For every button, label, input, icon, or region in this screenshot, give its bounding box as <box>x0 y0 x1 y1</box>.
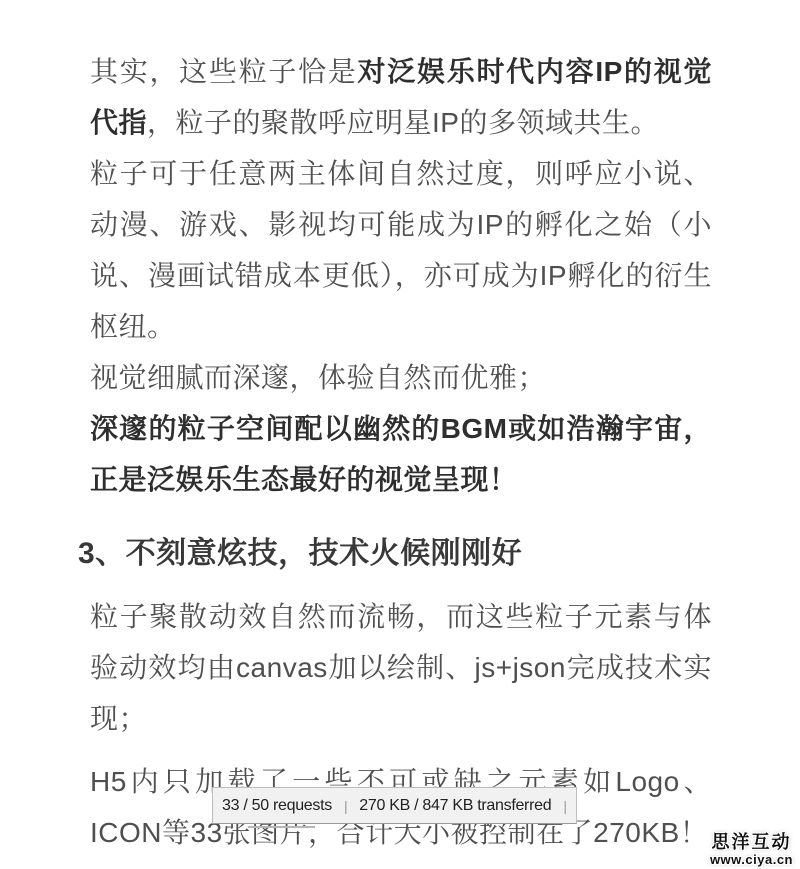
section-heading-3: 3、不刻意炫技，技术火候刚刚好 <box>78 535 712 573</box>
watermark-url-text: www.ciya.cn <box>710 852 793 867</box>
paragraph-particle-transition: 粒子可于任意两主体间自然过度，则呼应小说、动漫、游戏、影视均可能成为IP的孵化之… <box>90 148 712 352</box>
status-transferred-size: 270 KB / 847 KB transferred <box>359 797 551 815</box>
paragraph-ip-visual-prefix: 其实，这些粒子恰是 <box>90 56 358 87</box>
network-status-bar: 33 / 50 requests | 270 KB / 847 KB trans… <box>212 787 577 824</box>
article-text: 其实，这些粒子恰是对泛娱乐时代内容IP的视觉代指，粒子的聚散呼应明星IP的多领域… <box>0 0 800 858</box>
paragraph-canvas-tech: 粒子聚散动效自然而流畅，而这些粒子元素与体验动效均由canvas加以绘制、js+… <box>90 591 712 744</box>
watermark-brand-text: 思洋互动 <box>710 833 793 852</box>
paragraph-visual-experience: 视觉细腻而深邃，体验自然而优雅； <box>90 352 712 403</box>
watermark: 思洋互动 www.ciya.cn <box>710 833 793 867</box>
status-requests-count: 33 / 50 requests <box>222 797 332 815</box>
status-bar-underline-artifact <box>248 826 315 828</box>
paragraph-ip-visual-suffix: ，粒子的聚散呼应明星IP的多领域共生。 <box>147 107 659 138</box>
page: 其实，这些粒子恰是对泛娱乐时代内容IP的视觉代指，粒子的聚散呼应明星IP的多领域… <box>0 0 800 869</box>
paragraph-ip-visual: 其实，这些粒子恰是对泛娱乐时代内容IP的视觉代指，粒子的聚散呼应明星IP的多领域… <box>90 46 712 148</box>
paragraph-bgm-universe: 深邃的粒子空间配以幽然的BGM或如浩瀚宇宙，正是泛娱乐生态最好的视觉呈现！ <box>90 403 712 505</box>
status-separator-icon: | <box>563 798 566 814</box>
status-separator-icon: | <box>344 798 347 814</box>
